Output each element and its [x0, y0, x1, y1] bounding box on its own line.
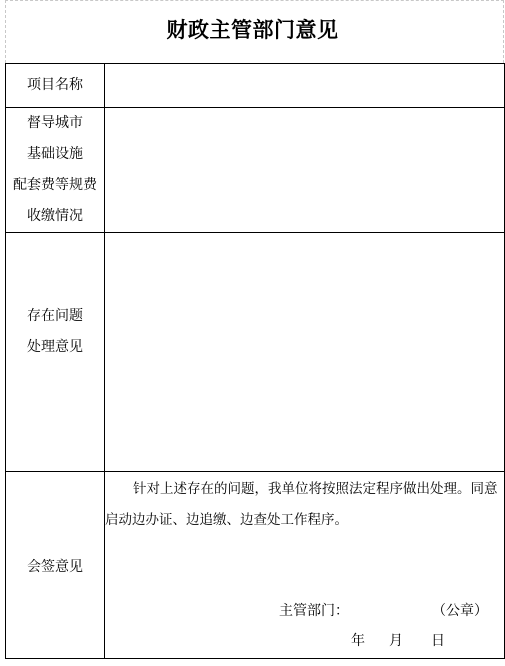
table-row-fee-collection: 督导城市 基础设施 配套费等规费 收缴情况 — [6, 108, 505, 233]
fee-collection-field[interactable] — [105, 108, 505, 233]
table-row-project-name: 项目名称 — [6, 64, 505, 108]
opinion-form-table: 项目名称 督导城市 基础设施 配套费等规费 收缴情况 存在问题 处理意见 会签意… — [5, 63, 505, 659]
label-cell: 项目名称 — [6, 64, 105, 108]
label-line: 基础设施 — [6, 139, 104, 170]
label-cell: 督导城市 基础设施 配套费等规费 收缴情况 — [6, 108, 105, 233]
seal-label: （公章） — [432, 600, 488, 620]
document-title: 财政主管部门意见 — [0, 14, 505, 44]
label-cell: 存在问题 处理意见 — [6, 233, 105, 472]
label-line: 配套费等规费 — [6, 170, 104, 201]
label-line: 存在问题 — [6, 301, 104, 332]
label-cell: 会签意见 — [6, 472, 105, 659]
label-line: 处理意见 — [6, 332, 104, 363]
table-row-countersign: 会签意见 针对上述存在的问题，我单位将按照法定程序做出处理。同意启动边办证、边追… — [6, 472, 505, 659]
table-row-issues: 存在问题 处理意见 — [6, 233, 505, 472]
countersign-field[interactable]: 针对上述存在的问题，我单位将按照法定程序做出处理。同意启动边办证、边追缴、边查处… — [105, 472, 505, 659]
date-day: 日 — [431, 630, 445, 650]
label-countersign: 会签意见 — [6, 552, 104, 583]
date-year: 年 — [351, 630, 365, 650]
dept-label: 主管部门： — [279, 600, 349, 620]
label-line: 督导城市 — [6, 108, 104, 139]
countersign-paragraph: 针对上述存在的问题，我单位将按照法定程序做出处理。同意启动边办证、边追缴、边查处… — [105, 472, 504, 536]
label-project-name: 项目名称 — [6, 70, 104, 101]
label-line: 收缴情况 — [6, 201, 104, 232]
issues-field[interactable] — [105, 233, 505, 472]
project-name-field[interactable] — [105, 64, 505, 108]
date-month: 月 — [389, 630, 403, 650]
